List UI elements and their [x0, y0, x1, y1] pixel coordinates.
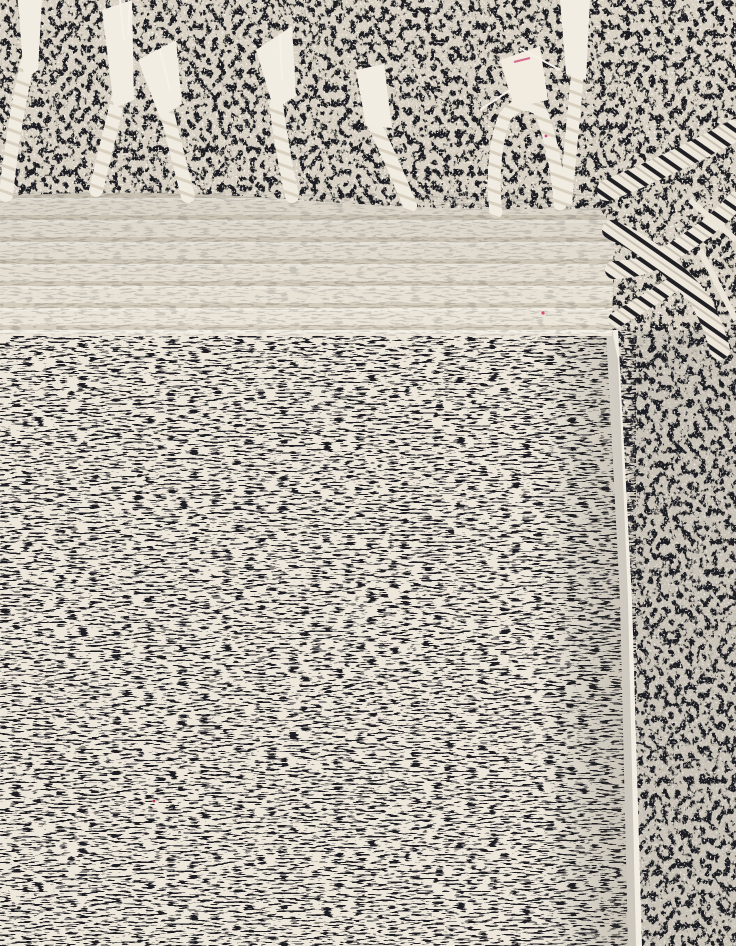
rug-photo [0, 0, 736, 946]
flat-weave-panel [0, 330, 642, 946]
heavy-border-band [0, 193, 614, 336]
rug-illustration [0, 0, 736, 946]
